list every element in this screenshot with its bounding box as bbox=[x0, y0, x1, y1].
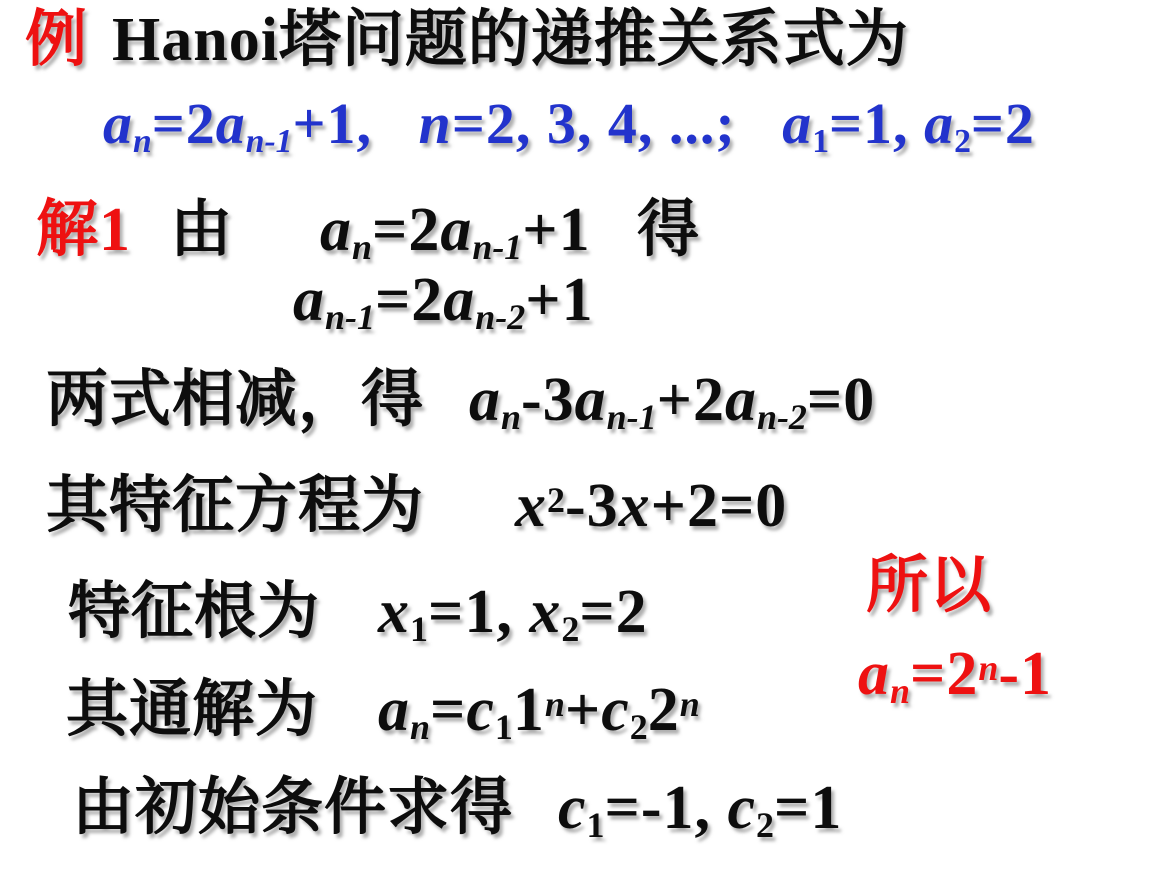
general-eq: an=c11n+c22n bbox=[378, 678, 700, 743]
initial-eq: c1=-1, c2=1 bbox=[558, 776, 842, 841]
example-tag: 例 bbox=[25, 8, 88, 73]
solution1-eq2: an-1=2an-2+1 bbox=[293, 268, 594, 333]
subtract-eq: an-3an-1+2an-2=0 bbox=[469, 368, 875, 433]
conclusion-label: 所以 bbox=[866, 554, 992, 619]
recurrence-formula: an=2an-1+1, n=2, 3, 4, ...; a1=1, a2=2 bbox=[103, 94, 1035, 155]
solution1-then-word: 得 bbox=[637, 198, 700, 263]
characteristic-eq: x2-3x+2=0 bbox=[515, 474, 787, 539]
initial-label: 由初始条件求得 bbox=[72, 776, 513, 841]
solution1-by-word: 由 bbox=[170, 198, 233, 263]
slide: 例 Hanoi塔问题的递推关系式为 an=2an-1+1, n=2, 3, 4,… bbox=[0, 0, 1170, 876]
characteristic-label: 其特征方程为 bbox=[46, 474, 424, 539]
solution1-eq1: an=2an-1+1 bbox=[320, 198, 591, 263]
roots-eq: x1=1, x2=2 bbox=[378, 580, 648, 645]
conclusion-eq: an=2n-1 bbox=[858, 642, 1052, 707]
roots-label: 特征根为 bbox=[68, 580, 320, 645]
example-title: Hanoi塔问题的递推关系式为 bbox=[112, 8, 909, 73]
subtract-label: 两式相减，得 bbox=[46, 368, 424, 433]
solution1-tag: 解1 bbox=[36, 198, 131, 263]
general-label: 其通解为 bbox=[66, 678, 318, 743]
